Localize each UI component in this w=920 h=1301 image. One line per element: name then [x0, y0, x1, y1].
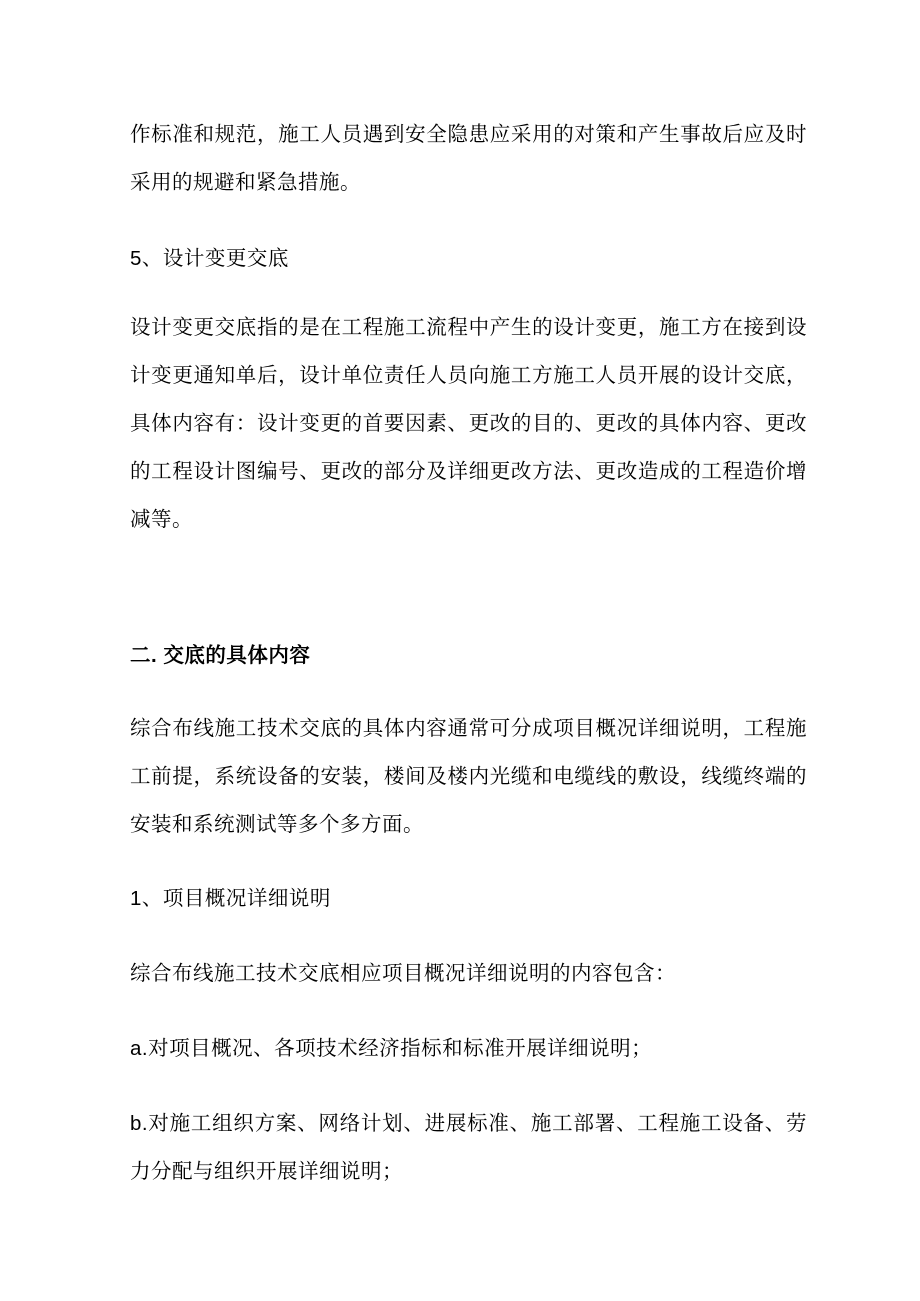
paragraph-cabling-disclosure-summary: 综合布线施工技术交底的具体内容通常可分成项目概况详细说明，工程施工前提，系统设备… — [130, 705, 807, 849]
list-item-a-project-overview: a.对项目概况、各项技术经济指标和标准开展详细说明； — [130, 1025, 807, 1073]
heading-project-overview: 1、项目概况详细说明 — [130, 875, 807, 923]
paragraph-design-change-description: 设计变更交底指的是在工程施工流程中产生的设计变更，施工方在接到设计变更通知单后，… — [130, 304, 807, 544]
heading-section-2-disclosure-content: 二. 交底的具体内容 — [130, 632, 807, 680]
paragraph-overview-content-intro: 综合布线施工技术交底相应项目概况详细说明的内容包含： — [130, 950, 807, 998]
document-page: 作标准和规范，施工人员遇到安全隐患应采用的对策和产生事故后应及时采用的规避和紧急… — [0, 0, 920, 1301]
list-item-b-construction-organization: b.对施工组织方案、网络计划、进展标准、施工部署、工程施工设备、劳力分配与组织开… — [130, 1100, 807, 1196]
heading-design-change-disclosure: 5、设计变更交底 — [130, 235, 807, 283]
paragraph-safety-measures-tail: 作标准和规范，施工人员遇到安全隐患应采用的对策和产生事故后应及时采用的规避和紧急… — [130, 111, 807, 207]
